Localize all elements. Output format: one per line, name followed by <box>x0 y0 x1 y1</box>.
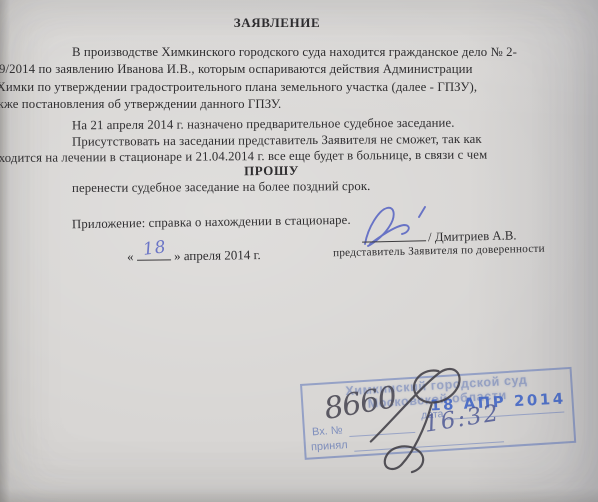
signer-name: / Дмитриев А.В. <box>428 228 517 244</box>
body-line: г. Химки по утверждении градостроительно… <box>0 80 567 97</box>
photographed-court-application: ЗАЯВЛЕНИЕ В производстве Химкинского гор… <box>0 0 598 502</box>
body-line: В производстве Химкинского городского су… <box>72 45 567 62</box>
body-line: перенести судебное заседание на более по… <box>72 179 371 198</box>
stamp-received-label: принял <box>311 439 348 453</box>
pen-signature-dark <box>354 360 474 475</box>
document-title: ЗАЯВЛЕНИЕ <box>0 15 554 31</box>
body-line: 729/2014 по заявлению Иванова И.В., кото… <box>0 62 567 79</box>
handwritten-day: 18 <box>142 237 168 260</box>
date-open-quote: « <box>127 249 134 264</box>
attachment-line: Приложение: справка о нахождении в стаци… <box>72 213 351 234</box>
date-rest: » апреля 2014 г. <box>174 247 261 263</box>
date-line: « 18 » апреля 2014 г. <box>127 245 261 265</box>
date-day-slot: 18 <box>137 246 171 260</box>
body-line: также постановления об утверждении данно… <box>0 97 281 114</box>
signature-underline <box>362 228 426 242</box>
request-heading: ПРОШУ <box>0 161 543 181</box>
